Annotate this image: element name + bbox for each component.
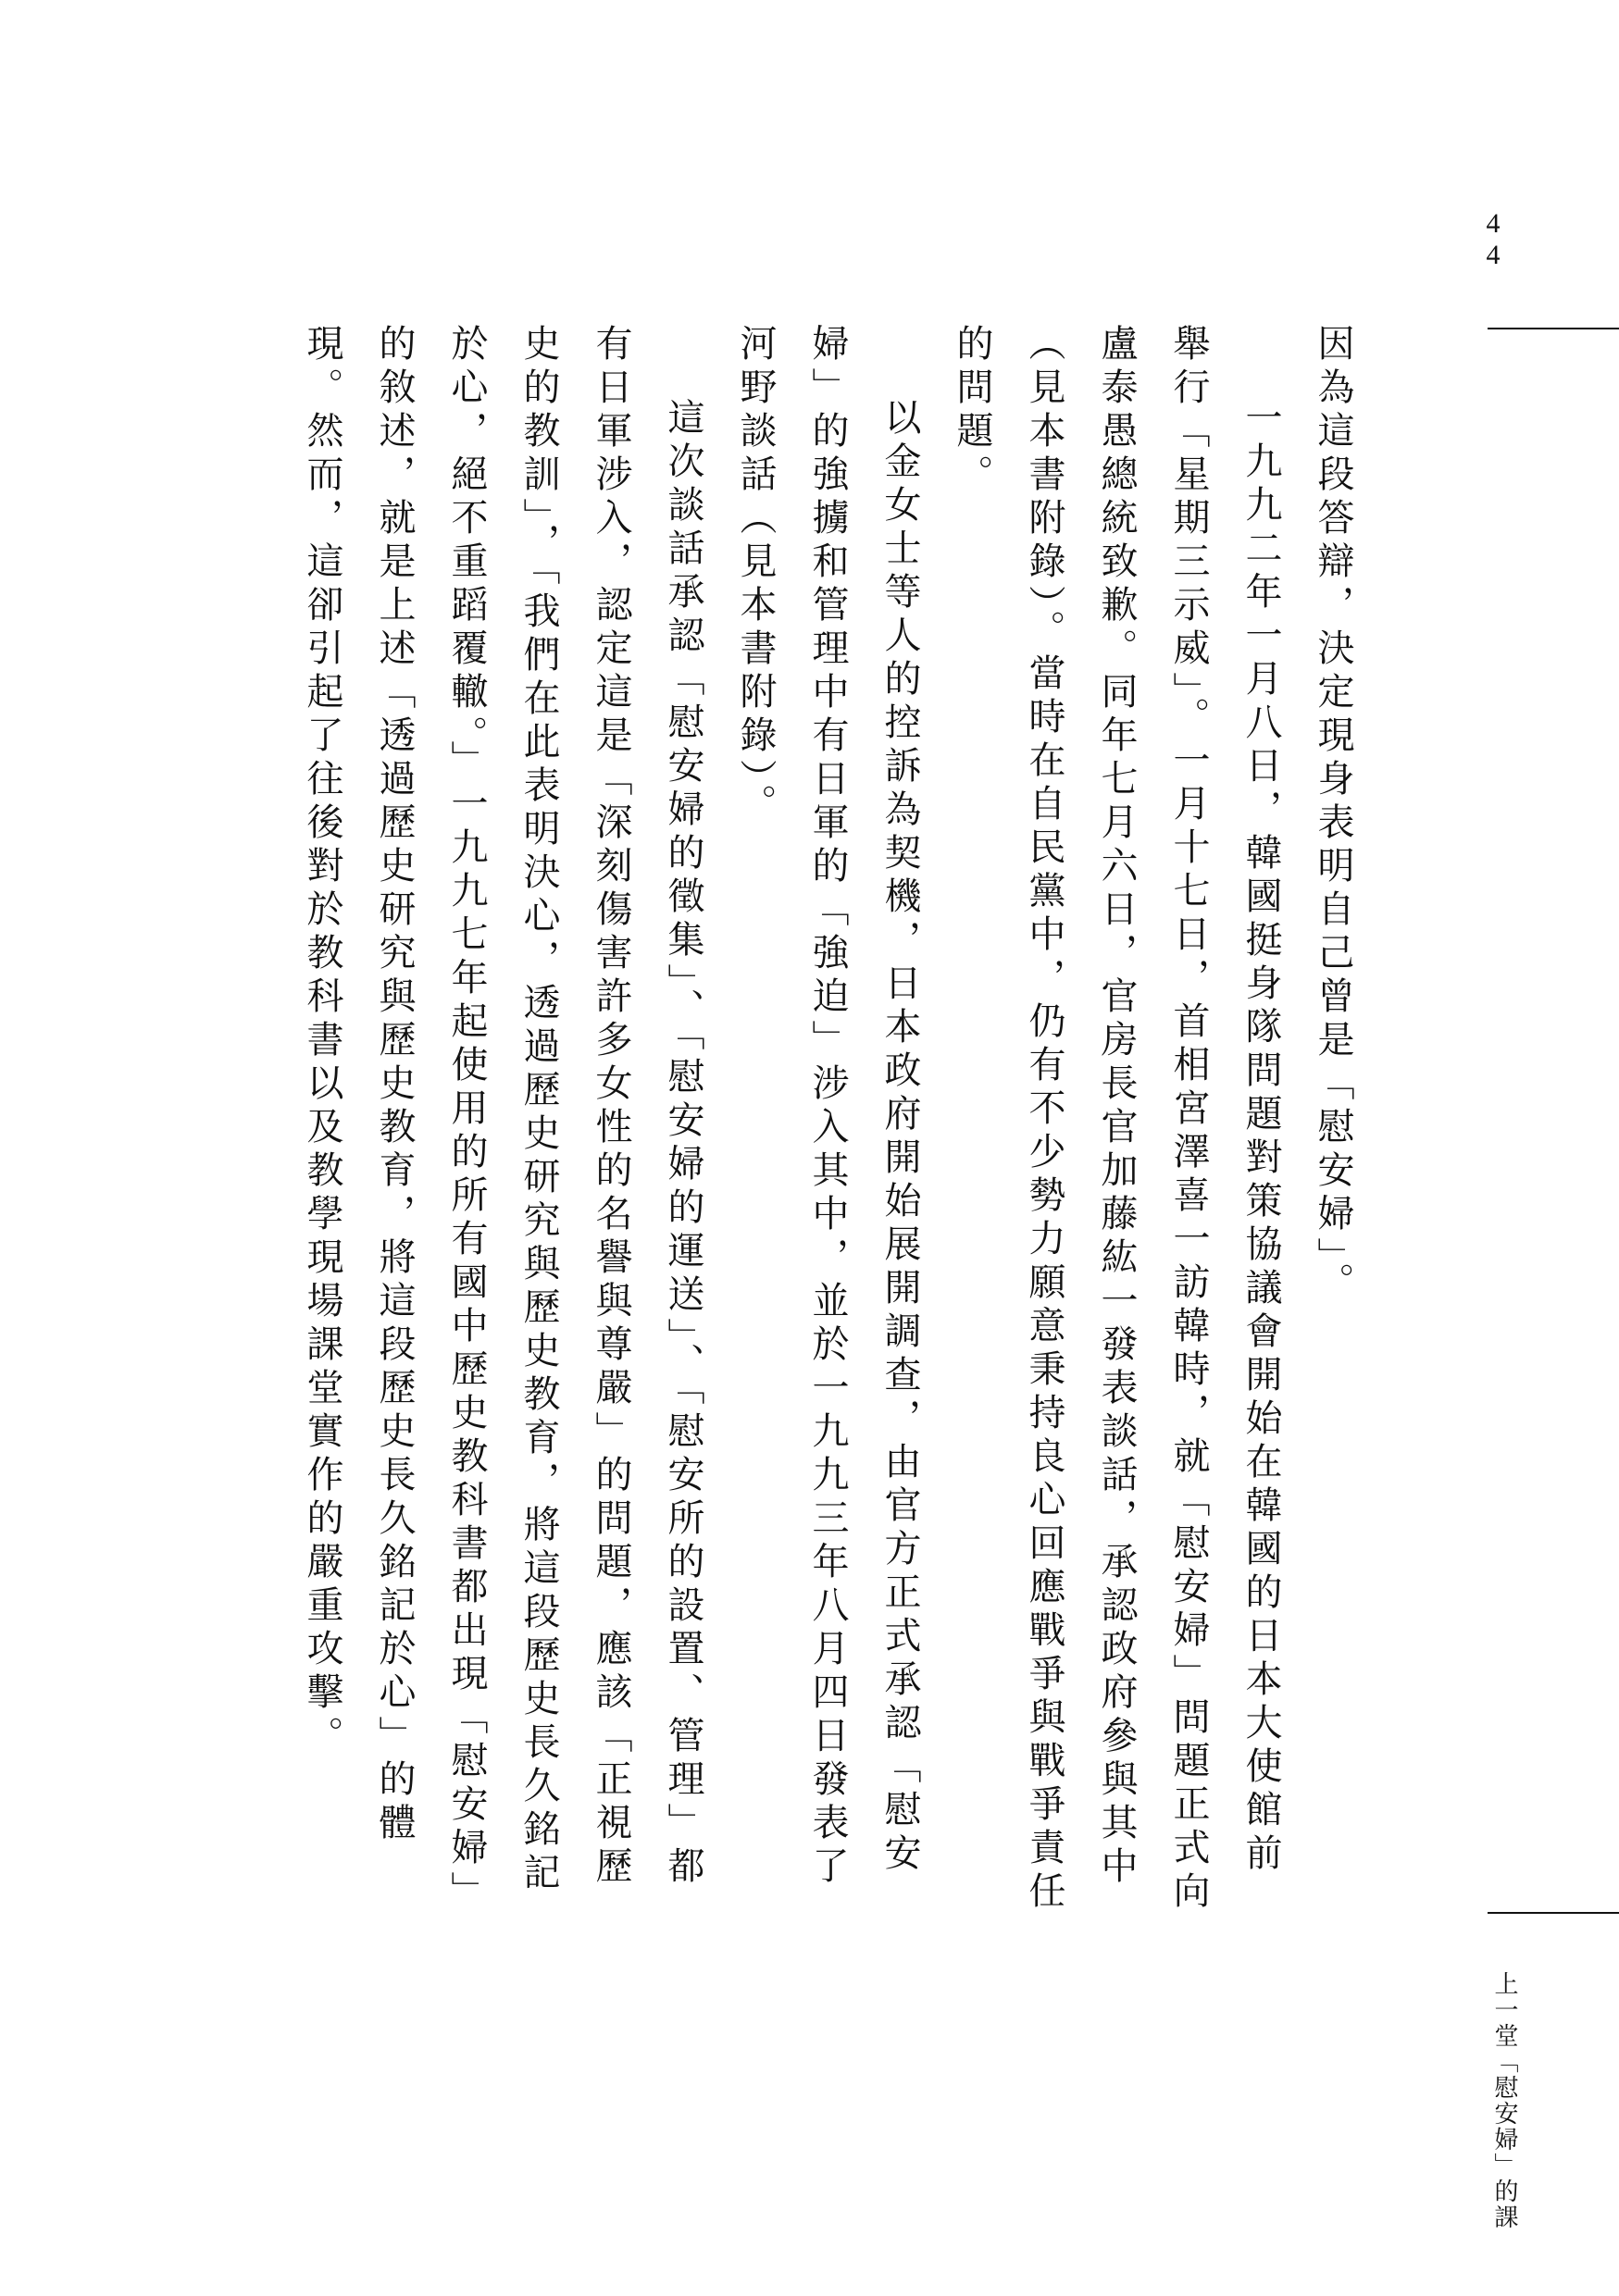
- page-number: 4 4: [1479, 208, 1507, 271]
- body-text: 因為這段答辯，決定現身表明自己曾是「慰安婦」。 一九九二年一月八日，韓國挺身隊問…: [286, 324, 1369, 1916]
- footer-rule: [1488, 1912, 1619, 1914]
- paragraph: 一九九二年一月八日，韓國挺身隊問題對策協議會開始在韓國的日本大使館前舉行「星期三…: [936, 324, 1297, 1916]
- page-number-digit: 4: [1479, 208, 1507, 240]
- running-footer: 上一堂「慰安婦」的課: [1490, 1971, 1518, 2230]
- page-number-digit: 4: [1479, 240, 1507, 271]
- paragraph: 以金女士等人的控訴為契機，日本政府開始展開調查，由官方正式承認「慰安婦」的強擄和…: [719, 324, 936, 1916]
- paragraph: 因為這段答辯，決定現身表明自己曾是「慰安婦」。: [1297, 324, 1369, 1916]
- paragraph: 這次談話承認「慰安婦的徵集」、「慰安婦的運送」、「慰安所的設置、管理」都有日軍涉…: [286, 324, 719, 1916]
- header-rule: [1488, 328, 1619, 329]
